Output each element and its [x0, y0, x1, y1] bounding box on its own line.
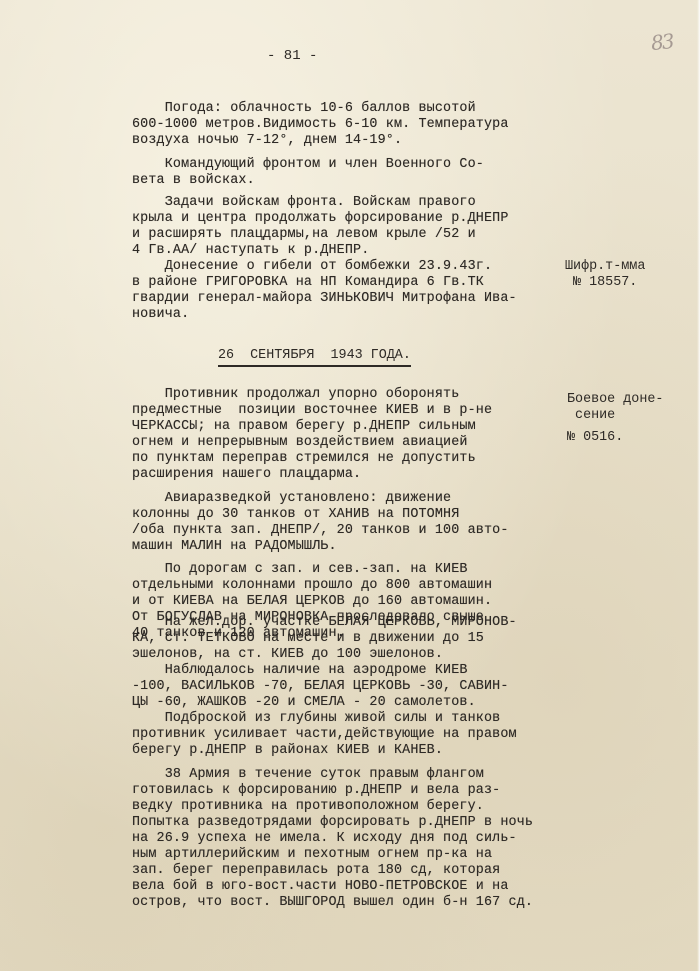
text-line: 38 Армия в течение суток правым флангом: [132, 768, 484, 782]
margin-note-line: № 0516.: [567, 431, 623, 445]
text-line: ным артиллерийским и пехотным огнем пр-к…: [132, 848, 492, 862]
document-page: - 81 - 83 Погода: облачность 10-6 баллов…: [0, 0, 700, 971]
text-line: -100, ВАСИЛЬКОВ -70, БЕЛАЯ ЦЕРКОВЬ -30, …: [132, 680, 509, 694]
text-line: отдельными колоннами прошло до 800 автом…: [132, 579, 492, 593]
page-number: - 81 -: [267, 48, 317, 64]
text-line: Противник продолжал упорно оборонять: [132, 388, 459, 402]
text-line: ведку противника на противоположном бере…: [132, 800, 484, 814]
text-line: 4 Гв.АА/ наступать к р.ДНЕПР.: [132, 244, 369, 258]
text-line: расширения нашего плацдарма.: [132, 468, 361, 482]
text-line: машин МАЛИН на РАДОМЫШЛЬ.: [132, 540, 337, 554]
text-line: новича.: [132, 308, 189, 322]
text-line: берегу р.ДНЕПР в районах КИЕВ и КАНЕВ.: [132, 744, 443, 758]
text-line: на 26.9 успеха не имела. К исходу дня по…: [132, 832, 517, 846]
text-line: огнем и непрерывным воздействием авиацие…: [132, 436, 468, 450]
text-line: по пунктам переправ стремился не допусти…: [132, 452, 476, 466]
text-line: Погода: облачность 10-6 баллов высотой: [132, 102, 476, 116]
date-heading: 26 СЕНТЯБРЯ 1943 ГОДА.: [218, 348, 411, 367]
text-line: в районе ГРИГОРОВКА на НП Командира 6 Гв…: [132, 276, 484, 290]
text-line: вела бой в юго-вост.части НОВО-ПЕТРОВСКО…: [132, 880, 509, 894]
text-line: гвардии генерал-майора ЗИНЬКОВИЧ Митрофа…: [132, 292, 517, 306]
text-line: /оба пункта зап. ДНЕПР/, 20 танков и 100…: [132, 524, 509, 538]
text-line: воздуха ночью 7-12°, днем 14-19°.: [132, 134, 402, 148]
text-line: Авиаразведкой установлено: движение: [132, 492, 451, 506]
text-line: 600-1000 метров.Видимость 6-10 км. Темпе…: [132, 118, 509, 132]
text-line: вета в войсках.: [132, 174, 255, 188]
text-line: Наблюдалось наличие на аэродроме КИЕВ: [132, 664, 468, 678]
text-line: и расширять плацдармы,на левом крыле /52…: [132, 228, 476, 242]
text-line: и от КИЕВА на БЕЛАЯ ЦЕРКОВ до 160 автома…: [132, 595, 492, 609]
text-line: По дорогам с зап. и сев.-зап. на КИЕВ: [132, 563, 468, 577]
text-line: На жел.дор. участке БЕЛАЯ ЦЕРКОВЬ, МИРОН…: [132, 616, 517, 630]
text-line: колонны до 30 танков от ХАНИВ на ПОТОМНЯ: [132, 508, 459, 522]
text-line: Задачи войскам фронта. Войскам правого: [132, 196, 476, 210]
archive-page-number-handwritten: 83: [650, 29, 674, 55]
text-line: предместные позиции восточнее КИЕВ и в р…: [132, 404, 492, 418]
text-line: эшелонов, на ст. КИЕВ до 100 эшелонов.: [132, 648, 443, 662]
text-line: крыла и центра продолжать форсирование р…: [132, 212, 509, 226]
text-line: противник усиливает части,действующие на…: [132, 728, 517, 742]
text-line: зап. берег переправилась рота 180 сд, ко…: [132, 864, 500, 878]
text-line: КА, ст. ТЕТКОВО на месте и в движении до…: [132, 632, 484, 646]
margin-note-line: сение: [567, 409, 615, 423]
text-line: ЧЕРКАССЫ; на правом берегу р.ДНЕПР сильн…: [132, 420, 476, 434]
text-line: Донесение о гибели от бомбежки 23.9.43г.: [132, 260, 492, 274]
text-line: готовилась к форсированию р.ДНЕПР и вела…: [132, 784, 500, 798]
text-line: Подброской из глубины живой силы и танко…: [132, 712, 500, 726]
margin-note-line: Шифр.т-мма: [565, 260, 645, 274]
margin-note-line: Боевое доне-: [567, 393, 663, 407]
text-line: Попытка разведотрядами форсировать р.ДНЕ…: [132, 816, 533, 830]
text-line: остров, что вост. ВЫШГОРОД вышел один б-…: [132, 896, 533, 910]
text-line: Командующий фронтом и член Военного Со-: [132, 158, 484, 172]
margin-note-line: № 18557.: [565, 276, 637, 290]
text-line: ЦЫ -60, ЖАШКОВ -20 и СМЕЛА - 20 самолето…: [132, 696, 476, 710]
